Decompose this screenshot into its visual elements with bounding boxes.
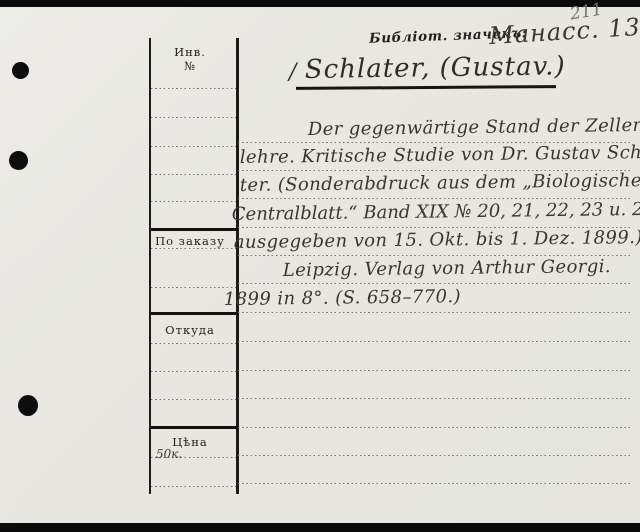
- ruled-line: [238, 398, 632, 400]
- ruled-line: [151, 486, 236, 488]
- ruled-line: [238, 455, 632, 457]
- section-divider: [150, 426, 239, 429]
- punch-hole: [12, 62, 29, 79]
- ruled-line: [238, 483, 632, 485]
- ruled-line: [151, 117, 236, 119]
- ruled-line: [151, 146, 236, 148]
- ruled-line: [151, 371, 236, 373]
- ruled-line: [151, 343, 236, 345]
- price-value: 50к.: [156, 447, 182, 461]
- section-divider: [150, 228, 239, 231]
- ruled-line: [238, 341, 632, 343]
- insertion-mark: /: [289, 60, 296, 85]
- ruled-line: [151, 201, 236, 203]
- body-line: lehre. Kritische Studie von Dr. Gustav S…: [240, 140, 640, 171]
- inventory-label: Инв. №: [150, 45, 230, 73]
- ruled-line: [238, 312, 632, 314]
- ruled-line: [151, 399, 236, 401]
- author-heading: Schlater, (Gustav.): [305, 51, 566, 85]
- punch-hole: [9, 151, 28, 170]
- body-line: ter. (Sonderabdruck aus dem „Biologische…: [240, 168, 640, 199]
- inventory-label-line2: №: [150, 59, 230, 73]
- ruled-line: [151, 248, 236, 250]
- scan-top-edge: [0, 0, 640, 7]
- body-line: Leipzig. Verlag von Arthur Georgi.: [283, 254, 611, 284]
- origin-label: Откуда: [150, 323, 230, 337]
- heading-underline: [296, 85, 556, 89]
- ruled-line: [151, 88, 236, 90]
- scan-bottom-edge: [0, 523, 640, 532]
- inventory-label-line1: Инв.: [150, 45, 230, 59]
- body-line: Der gegenwärtige Stand der Zellen-: [308, 113, 640, 143]
- ruled-line: [238, 370, 632, 372]
- library-stamp-value: Манасс. 13521: [488, 10, 640, 50]
- order-label: По заказу: [150, 234, 230, 248]
- punch-hole: [18, 395, 38, 416]
- ruled-line: [238, 427, 632, 429]
- body-line: 1899 in 8°. (S. 658–770.): [224, 284, 461, 313]
- ruled-line: [151, 174, 236, 176]
- body-line: Centralblatt.“ Band XIX № 20, 21, 22, 23…: [232, 197, 640, 228]
- catalog-card-scan: Инв. № По заказу Откуда Цѣна 50к. Библіо…: [0, 0, 640, 532]
- body-line: ausgegeben von 15. Okt. bis 1. Dez. 1899…: [234, 225, 640, 256]
